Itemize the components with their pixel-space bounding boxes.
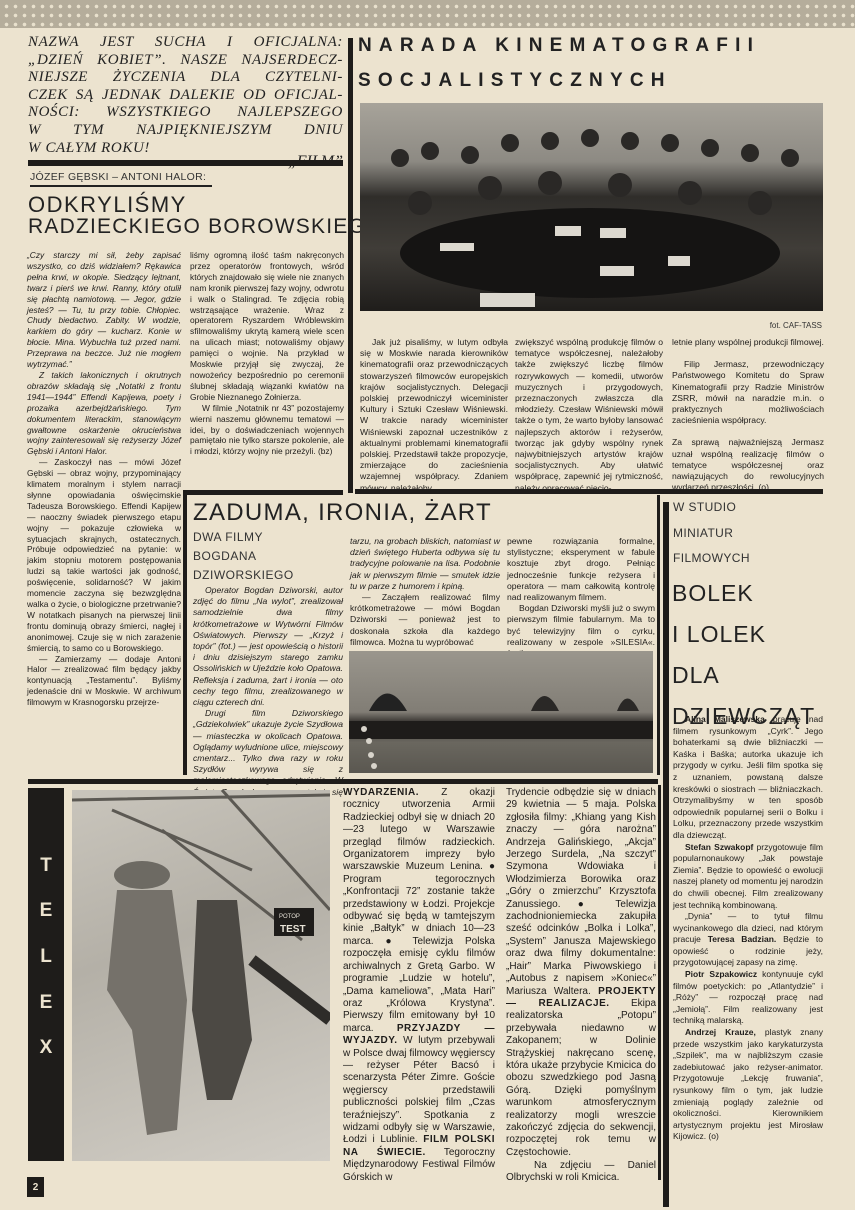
- article2-title-line1: NARADA KINEMATOGRAFII: [358, 35, 760, 57]
- column-rule: [658, 785, 661, 1180]
- body-paragraph: liśmy ogromną ilość taśm nakręconych prz…: [190, 250, 344, 403]
- divider-bar: [28, 160, 343, 166]
- article2-col1: Jak już pisaliśmy, w lutym odbyła się w …: [360, 337, 508, 494]
- body-paragraph: Za sprawą najważniejszą Jermasz uznał ws…: [672, 437, 824, 493]
- telex-text: Trydencie odbędzie się w dniach 29 kwiet…: [506, 787, 656, 1159]
- article4-title: BOLEK I LOLEK DLA DZIEWCZĄT: [672, 573, 815, 737]
- article4-subtitle-1: W STUDIO: [673, 500, 736, 514]
- article2-title-line2: SOCJALISTYCZNYCH: [358, 70, 672, 92]
- castle-courtyard-image: [349, 651, 653, 773]
- article4-subtitle-3: FILMOWYCH: [673, 551, 750, 565]
- dotted-header-band: [0, 0, 855, 28]
- article1-byline: JÓZEF GĘBSKI – ANTONI HALOR:: [30, 171, 212, 187]
- body-paragraph: Filip Jermasz, przewodniczący Państwoweg…: [672, 359, 824, 426]
- snow-photo: POTOP TEST: [72, 790, 330, 1161]
- castle-photo: [349, 651, 653, 773]
- body-paragraph: Stefan Szwakopf przygotowuje film popula…: [673, 842, 823, 912]
- page-number: 2: [33, 1182, 39, 1193]
- body-paragraph: pewne rozwiązania formalne, stylistyczne…: [507, 536, 655, 603]
- article3-title: ZADUMA, IRONIA, ŻART: [193, 499, 492, 527]
- telex-letter: T: [40, 855, 52, 877]
- intro-paragraph: Z takich lakonicznych i okrutnych obrazó…: [27, 370, 181, 457]
- body-paragraph: „Dynia” — to tytuł filmu wycinankowego d…: [673, 911, 823, 969]
- body-paragraph: — Zamierzamy — dodaje Antoni Halor — zre…: [27, 654, 181, 709]
- body-paragraph: tarzu, na grobach bliskich, natomiast w …: [350, 536, 500, 592]
- body-paragraph: letnie plany wspólnej produkcji filmowej…: [672, 337, 824, 348]
- photo-caption: Na zdjęciu — Daniel Olbrychski w roli Km…: [506, 1160, 656, 1185]
- article4-side-rule: [663, 502, 669, 1207]
- intro-line: NOŚCI: WSZYSTKIEGO NAJLEPSZEGO: [28, 104, 343, 122]
- body-paragraph: Operator Bogdan Dziworski, autor zdjęć d…: [193, 585, 343, 708]
- article3-col2: tarzu, na grobach bliskich, natomiast w …: [350, 536, 500, 648]
- article4-body: Alina Maliszewska pracuje nad filmem rys…: [673, 714, 823, 1143]
- svg-text:TEST: TEST: [280, 924, 306, 935]
- snow-actors-image: POTOP TEST: [72, 790, 330, 1161]
- clapper-text: POTOP: [279, 914, 300, 920]
- body-paragraph: — Zacząłem realizować filmy krótkometraż…: [350, 592, 500, 648]
- telex-letter: X: [40, 1037, 53, 1059]
- article1-title-line2: RADZIECKIEGO BOROWSKIEGO: [28, 215, 384, 239]
- article4-subtitle-2: MINIATUR: [673, 526, 733, 540]
- article3-col3: pewne rozwiązania formalne, stylistyczne…: [507, 536, 655, 659]
- article2-col3: letnie plany wspólnej produkcji filmowej…: [672, 337, 824, 493]
- divider-bar: [28, 779, 658, 784]
- intro-line: NAZWA JEST SUCHA I OFICJALNA:: [28, 34, 343, 52]
- title-line: I LOLEK: [672, 614, 815, 655]
- body-paragraph: Jak już pisaliśmy, w lutym odbyła się w …: [360, 337, 508, 494]
- column-rule: [348, 38, 353, 493]
- intro-line: CZEK SĄ JEDNAK DALEKIE OD OFICJAL-: [28, 87, 343, 105]
- body-paragraph: zwiększyć wspólną produkcję filmów o tem…: [515, 337, 663, 494]
- caption-text: Na zdjęciu — Daniel Olbrychski w roli Km…: [506, 1160, 656, 1185]
- poem-text: „Czy starczy mi sił, żeby zapisać wszyst…: [27, 250, 181, 370]
- conference-table-image: [360, 103, 823, 311]
- photo-credit: fot. CAF-TASS: [740, 321, 822, 330]
- column-rule: [183, 495, 187, 775]
- telex-col1: WYDARZENIA. Z okazji rocznicy utworzenia…: [343, 787, 495, 1184]
- body-paragraph: Alina Maliszewska pracuje nad filmem rys…: [673, 714, 823, 842]
- telex-letter: E: [40, 992, 53, 1014]
- article2-col2: zwiększyć wspólną produkcję filmów o tem…: [515, 337, 663, 494]
- telex-text: WYDARZENIA. Z okazji rocznicy utworzenia…: [343, 787, 495, 1184]
- divider-bar: [355, 489, 823, 494]
- title-line: DLA: [672, 655, 815, 696]
- article1-col1: „Czy starczy mi sił, żeby zapisać wszyst…: [27, 250, 181, 708]
- telex-letter: L: [40, 946, 52, 968]
- article3-subtitle-1: DWA FILMY: [193, 530, 263, 544]
- article3-subtitle-2: BOGDANA: [193, 549, 257, 563]
- telex-col2: Trydencie odbędzie się w dniach 29 kwiet…: [506, 787, 656, 1159]
- title-line: BOLEK: [672, 573, 815, 614]
- telex-letter: E: [40, 900, 53, 922]
- body-paragraph: W filmie „Notatnik nr 43” pozostajemy wi…: [190, 403, 344, 458]
- divider-bar: [183, 490, 343, 495]
- intro-line: „DZIEŃ KOBIET”. NASZE NAJSERDECZ-: [28, 52, 343, 70]
- column-rule: [657, 495, 660, 775]
- intro-text: NAZWA JEST SUCHA I OFICJALNA:„DZIEŃ KOBI…: [28, 34, 343, 157]
- article1-col2: liśmy ogromną ilość taśm nakręconych prz…: [190, 250, 344, 457]
- body-paragraph: — Zaskoczył nas — mówi Józef Gębski — ob…: [27, 457, 181, 653]
- intro-line: NIEJSZE ŻYCZENIA DLA CZYTELNI-: [28, 69, 343, 87]
- conference-photo: [360, 103, 823, 311]
- article3-subtitle-3: DZIWORSKIEGO: [193, 568, 294, 582]
- page-number-box: 2: [27, 1177, 44, 1197]
- body-paragraph: Piotr Szpakowicz kontynuuje cykl filmów …: [673, 969, 823, 1027]
- article3-col1: Operator Bogdan Dziworski, autor zdjęć d…: [193, 585, 343, 809]
- intro-block: NAZWA JEST SUCHA I OFICJALNA:„DZIEŃ KOBI…: [28, 34, 343, 171]
- intro-line: W TYM NAJPIĘKNIEJSZYM DNIU: [28, 122, 343, 140]
- body-paragraph: Andrzej Krauze, plastyk znany przede wsz…: [673, 1027, 823, 1143]
- telex-label-bar: T E L E X: [28, 788, 64, 1161]
